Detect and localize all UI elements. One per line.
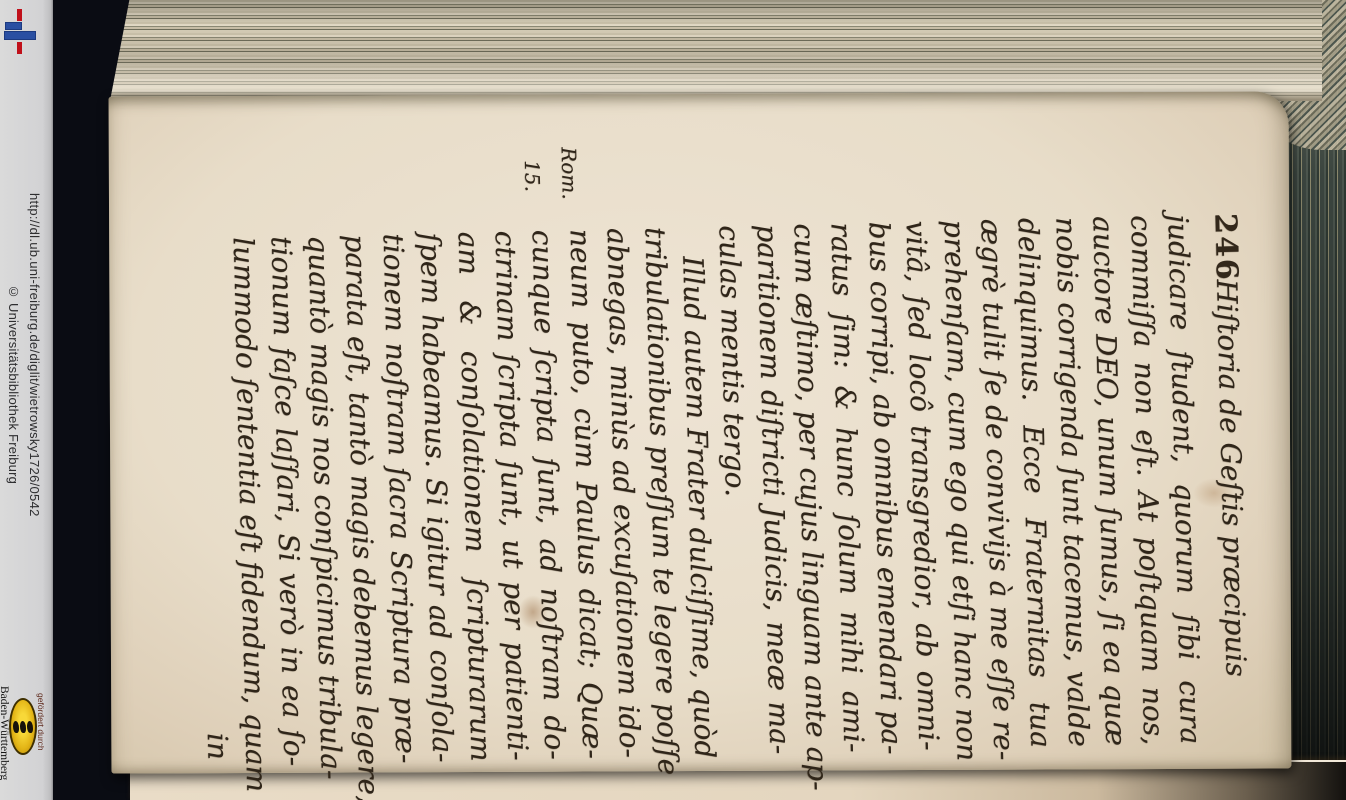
margin-note-line: 15.	[512, 148, 551, 223]
page-stack-top-edge	[110, 0, 1322, 101]
baden-wuerttemberg-label: Baden-Württemberg	[0, 686, 10, 780]
logo-red-bar-2	[17, 42, 22, 54]
copyright-label: © Universitätsbibliothek Freiburg	[6, 284, 21, 484]
catchword: in	[201, 732, 235, 760]
header-page-number: 246	[1207, 213, 1244, 282]
lion-icon	[20, 721, 26, 733]
lion-icon	[27, 721, 33, 733]
logo-blue-bar-long	[4, 31, 36, 40]
margin-note-line: Rom.	[549, 147, 588, 222]
page-text: 246 Hiſtoria de Geſtis præcipuis Rom. 15…	[225, 213, 1258, 768]
library-sidebar: http://dl.ub.uni-freiburg.de/diglit/wiet…	[0, 0, 53, 800]
funding-credit-label: gefördert durch	[36, 693, 46, 751]
logo-red-bar	[17, 9, 22, 21]
source-url-label: http://dl.ub.uni-freiburg.de/diglit/wiet…	[27, 193, 42, 517]
book-photo: 246 Hiſtoria de Geſtis præcipuis Rom. 15…	[53, 0, 1346, 800]
ub-freiburg-logo-icon	[0, 0, 53, 60]
baden-wuerttemberg-coat-of-arms-icon	[9, 698, 37, 755]
lion-icon	[13, 721, 19, 733]
body-text-block: Rom. 15. judicare ſtudent, quorum ſibi c…	[225, 214, 1210, 768]
margin-note: Rom. 15.	[512, 147, 589, 223]
logo-blue-bar-short	[5, 22, 22, 30]
